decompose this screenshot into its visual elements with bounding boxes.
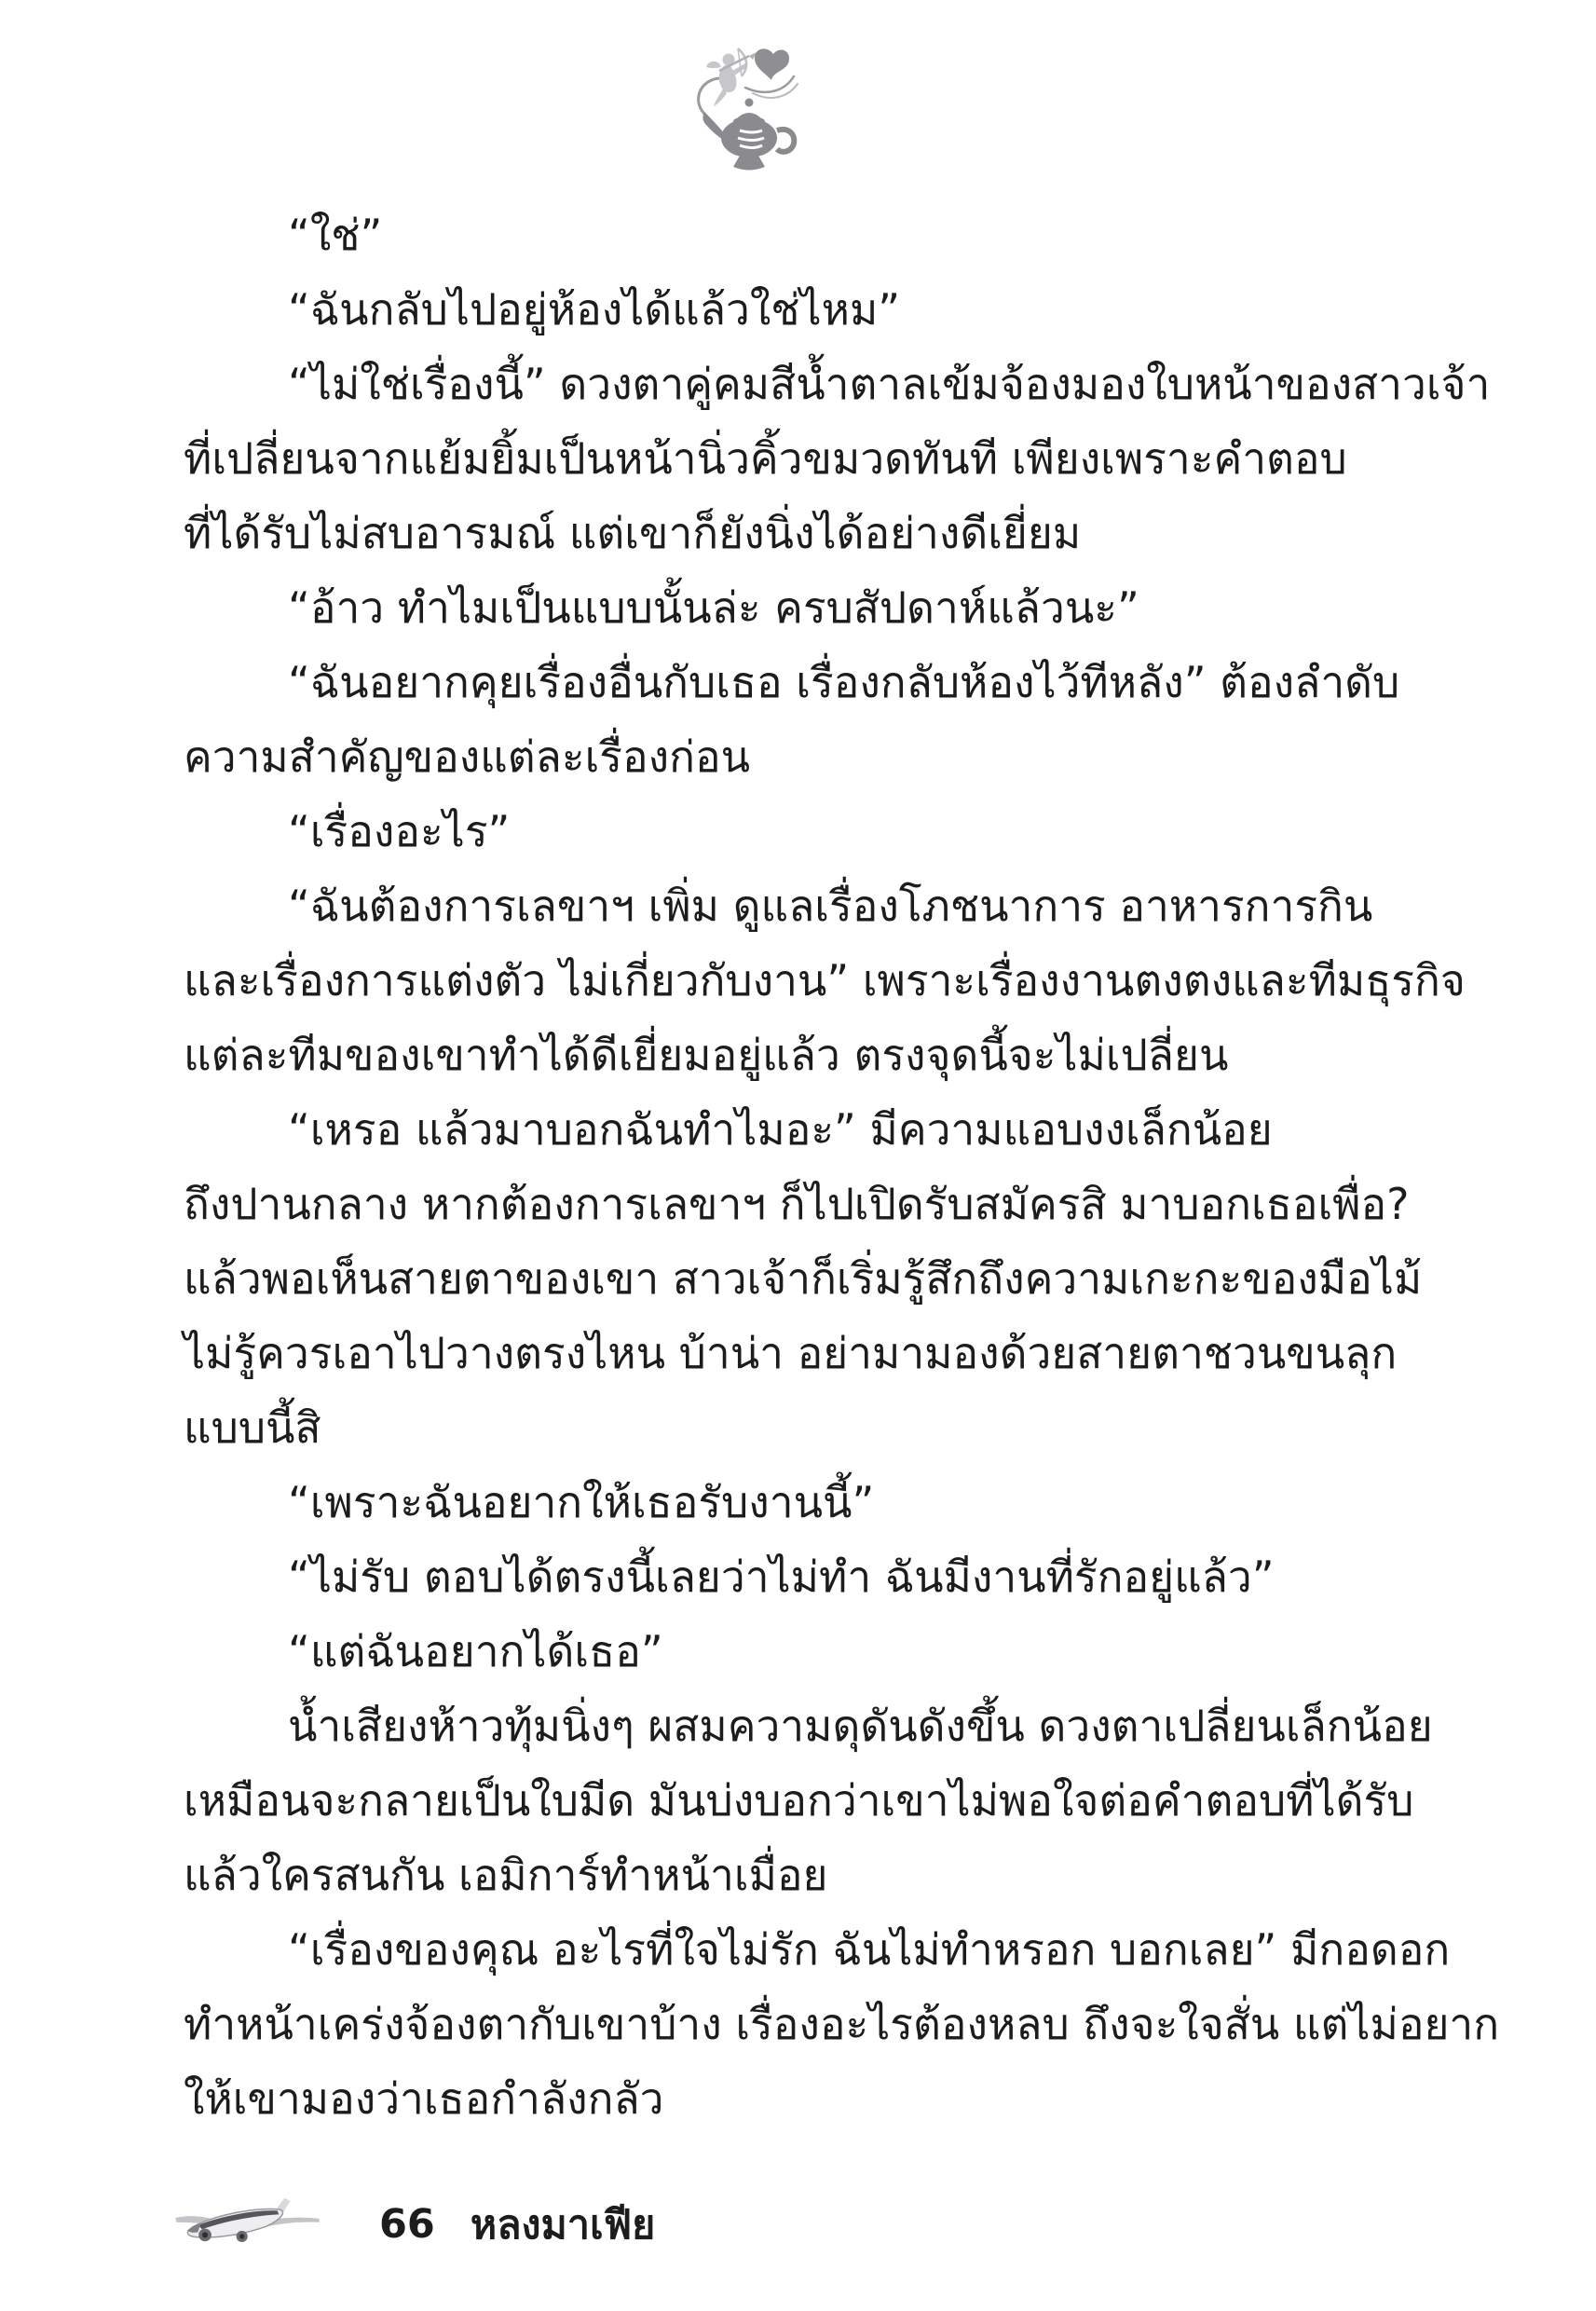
text-line: แล้วพอเห็นสายตาของเขา สาวเจ้าก็เริ่มรู้ส…	[184, 1241, 1331, 1316]
text-line: ที่ได้รับไม่สบอารมณ์ แต่เขาก็ยังนิ่งได้อ…	[184, 496, 1331, 570]
text-line: ทำหน้าเคร่งจ้องตากับเขาบ้าง เรื่องอะไรต้…	[184, 1987, 1331, 2061]
text-line: “อ้าว ทำไมเป็นแบบนั้นล่ะ ครบสัปดาห์แล้วน…	[184, 570, 1331, 645]
page-text: “ใช่” “ฉันกลับไปอยู่ห้องได้แล้วใช่ไหม” “…	[184, 198, 1331, 2136]
text-line: ที่เปลี่ยนจากแย้มยิ้มเป็นหน้านิ่วคิ้วขมว…	[184, 421, 1331, 496]
text-line: “ฉันต้องการเลขาฯ เพิ่ม ดูแลเรื่องโภชนากา…	[184, 868, 1331, 943]
cupid-genie-lamp-icon	[691, 45, 807, 175]
airplane-icon	[172, 2192, 321, 2257]
book-title: หลงมาเฟีย	[471, 2193, 656, 2256]
text-line: ให้เขามองว่าเธอกำลังกลัว	[184, 2061, 1331, 2136]
text-line: “เหรอ แล้วมาบอกฉันทำไมอะ” มีความแอบงงเล็…	[184, 1092, 1331, 1167]
text-line: เหมือนจะกลายเป็นใบมีด มันบ่งบอกว่าเขาไม่…	[184, 1763, 1331, 1838]
text-line: “ไม่รับ ตอบได้ตรงนี้เลยว่าไม่ทำ ฉันมีงาน…	[184, 1539, 1331, 1614]
text-line: “ฉันกลับไปอยู่ห้องได้แล้วใช่ไหม”	[184, 272, 1331, 347]
text-line: น้ำเสียงห้าวทุ้มนิ่งๆ ผสมความดุดันดังขึ้…	[184, 1689, 1331, 1763]
page-number: 66	[379, 2201, 435, 2248]
text-line: และเรื่องการแต่งตัว ไม่เกี่ยวกับงาน” เพร…	[184, 943, 1331, 1018]
book-page: “ใช่” “ฉันกลับไปอยู่ห้องได้แล้วใช่ไหม” “…	[0, 0, 1596, 2311]
text-line: แต่ละทีมของเขาทำได้ดีเยี่ยมอยู่แล้ว ตรงจ…	[184, 1018, 1331, 1092]
text-line: ไม่รู้ควรเอาไปวางตรงไหน บ้าน่า อย่ามามอง…	[184, 1316, 1331, 1390]
text-line: “แต่ฉันอยากได้เธอ”	[184, 1614, 1331, 1689]
text-line: “เรื่องอะไร”	[184, 794, 1331, 868]
text-line: “ไม่ใช่เรื่องนี้” ดวงตาคู่คมสีน้ำตาลเข้ม…	[184, 347, 1331, 421]
text-line: แบบนี้สิ	[184, 1390, 1331, 1465]
text-line: ถึงปานกลาง หากต้องการเลขาฯ ก็ไปเปิดรับสม…	[184, 1167, 1331, 1241]
text-line: ความสำคัญของแต่ละเรื่องก่อน	[184, 719, 1331, 794]
text-line: “ฉันอยากคุยเรื่องอื่นกับเธอ เรื่องกลับห้…	[184, 645, 1331, 719]
text-line: “ใช่”	[184, 198, 1331, 272]
text-line: “เพราะฉันอยากให้เธอรับงานนี้”	[184, 1465, 1331, 1539]
page-footer: 66 หลงมาเฟีย	[172, 2192, 655, 2257]
text-line: “เรื่องของคุณ อะไรที่ใจไม่รัก ฉันไม่ทำหร…	[184, 1912, 1331, 1987]
text-line: แล้วใครสนกัน เอมิการ์ทำหน้าเมื่อย	[184, 1838, 1331, 1912]
